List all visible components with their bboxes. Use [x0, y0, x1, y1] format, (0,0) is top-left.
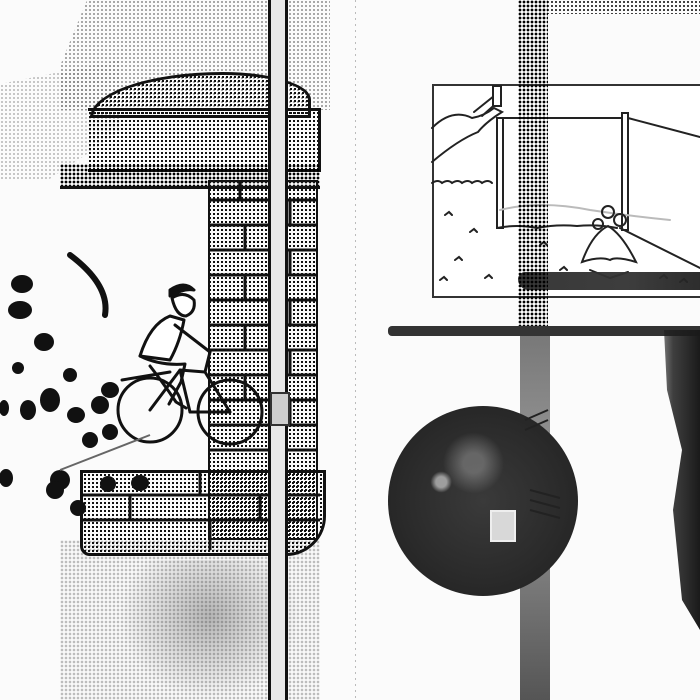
strip-marks	[0, 0, 700, 700]
collage-canvas	[0, 0, 700, 700]
